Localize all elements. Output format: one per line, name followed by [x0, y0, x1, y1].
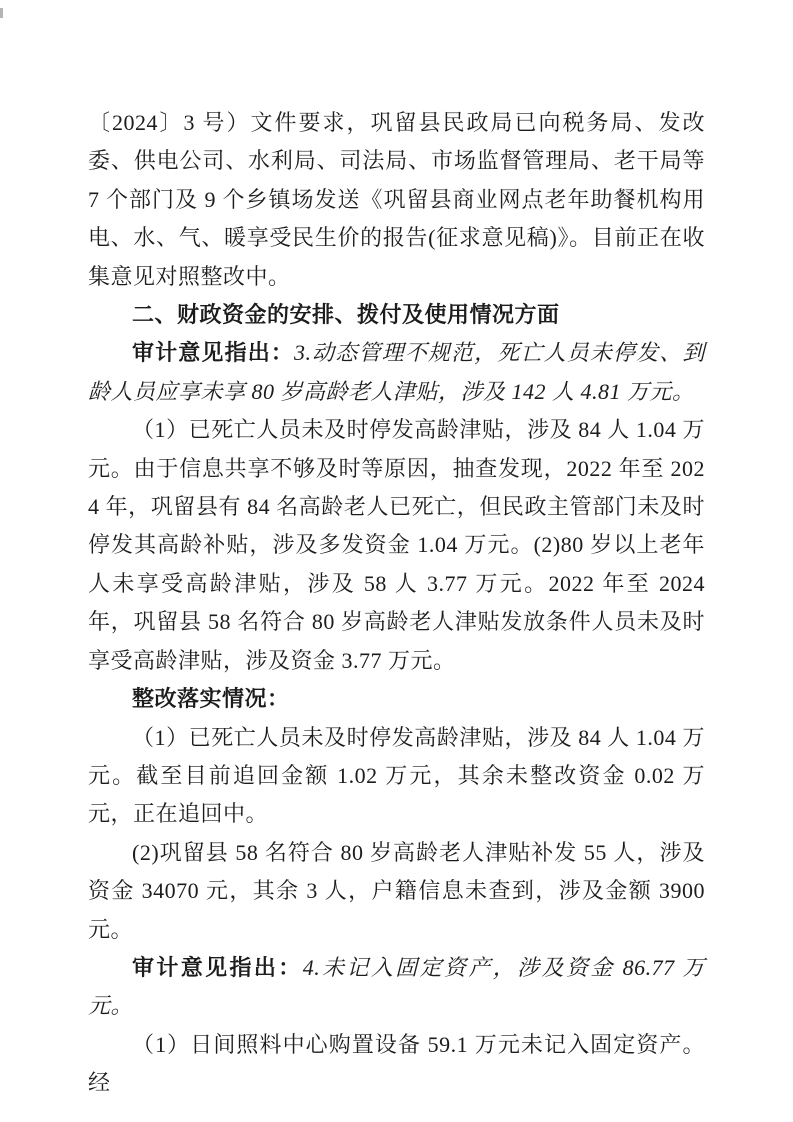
audit-opinion-label: 审计意见指出： [132, 340, 294, 365]
paragraph-continuation: 〔2024〕3 号）文件要求，巩留县民政局已向税务局、发改委、供电公司、水利局、… [88, 104, 705, 296]
section-heading-text: 二、财政资金的安排、拨付及使用情况方面 [132, 302, 560, 327]
section-heading: 二、财政资金的安排、拨付及使用情况方面 [88, 296, 705, 334]
document-page: 〔2024〕3 号）文件要求，巩留县民政局已向税务局、发改委、供电公司、水利局、… [0, 0, 793, 1122]
paragraph-text: （1）已死亡人员未及时停发高龄津贴，涉及 84 人 1.04 万元。截至目前追回… [88, 725, 705, 827]
paragraph-finding-detail: （1）已死亡人员未及时停发高龄津贴，涉及 84 人 1.04 万元。由于信息共享… [88, 411, 705, 680]
paragraph-text: 〔2024〕3 号）文件要求，巩留县民政局已向税务局、发改委、供电公司、水利局、… [88, 110, 705, 289]
paragraph-text: （1）日间照料中心购置设备 59.1 万元未记入固定资产。经 [88, 1032, 705, 1095]
paragraph-text: (2)巩留县 58 名符合 80 岁高龄老人津贴补发 55 人，涉及资金 340… [88, 840, 705, 942]
paragraph-rectification-item-2: (2)巩留县 58 名符合 80 岁高龄老人津贴补发 55 人，涉及资金 340… [88, 834, 705, 949]
paragraph-text: （1）已死亡人员未及时停发高龄津贴，涉及 84 人 1.04 万元。由于信息共享… [88, 417, 705, 672]
paragraph-audit-opinion-3: 审计意见指出：3.动态管理不规范，死亡人员未停发、到龄人员应享未享 80 岁高龄… [88, 334, 705, 411]
rectification-heading-text: 整改落实情况： [132, 686, 290, 711]
paragraph-finding-detail-4: （1）日间照料中心购置设备 59.1 万元未记入固定资产。经 [88, 1026, 705, 1103]
scan-artifact [0, 8, 3, 18]
paragraph-rectification-heading: 整改落实情况： [88, 680, 705, 718]
document-content: 〔2024〕3 号）文件要求，巩留县民政局已向税务局、发改委、供电公司、水利局、… [88, 104, 705, 1103]
audit-opinion-label: 审计意见指出： [132, 955, 303, 980]
paragraph-audit-opinion-4: 审计意见指出：4.未记入固定资产，涉及资金 86.77 万元。 [88, 949, 705, 1026]
paragraph-rectification-item-1: （1）已死亡人员未及时停发高龄津贴，涉及 84 人 1.04 万元。截至目前追回… [88, 719, 705, 834]
